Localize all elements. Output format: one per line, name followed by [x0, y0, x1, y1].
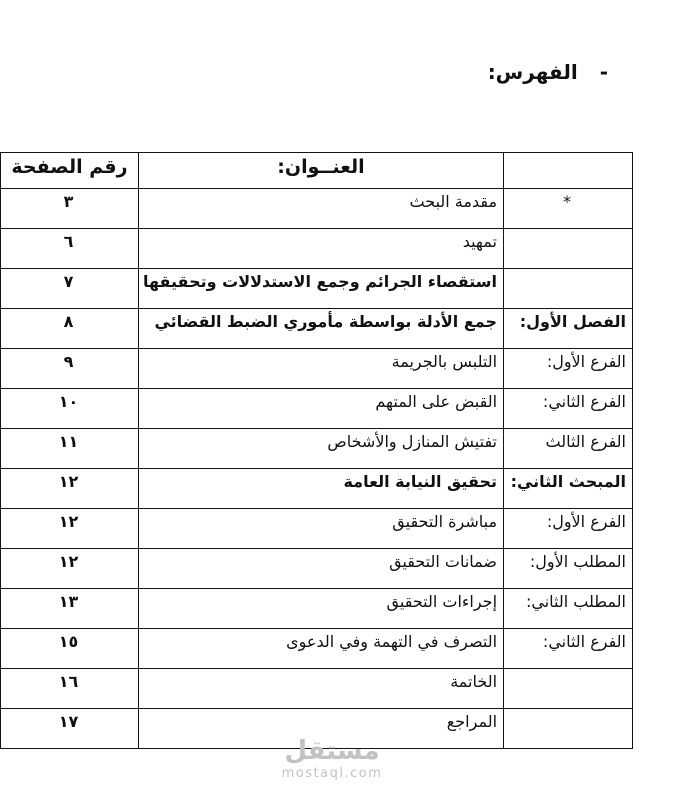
table-row: استقصاء الجرائم وجمع الاستدلالات وتحقيقه… [1, 269, 633, 309]
title-cell: القبض على المتهم [138, 389, 503, 429]
table-row: تمهيد ٦ [1, 229, 633, 269]
section-cell: الفصل الأول: [504, 309, 633, 349]
table-row: المطلب الأول: ضمانات التحقيق ١٢ [1, 549, 633, 589]
page-number-cell: ١١ [1, 429, 139, 469]
document-page: - الفهرس: العنــوان: رقم الصفحة * مقدمة … [0, 0, 682, 796]
table-row: المراجع ١٧ [1, 709, 633, 749]
page-number-cell: ١٢ [1, 509, 139, 549]
page-number-cell: ١٦ [1, 669, 139, 709]
title-cell: تفتيش المنازل والأشخاص [138, 429, 503, 469]
page-title: - الفهرس: [488, 60, 608, 84]
page-number-cell: ٩ [1, 349, 139, 389]
page-number-cell: ٣ [1, 189, 139, 229]
section-cell: * [504, 189, 633, 229]
table-header-row: العنــوان: رقم الصفحة [1, 153, 633, 189]
page-number-cell: ١٧ [1, 709, 139, 749]
mostaql-url: mostaql.com [262, 766, 402, 781]
table-row: الخاتمة ١٦ [1, 669, 633, 709]
toc-table: العنــوان: رقم الصفحة * مقدمة البحث ٣ تم… [0, 152, 633, 749]
page-number-cell: ١٢ [1, 469, 139, 509]
title-cell: المراجع [138, 709, 503, 749]
page-number-cell: ١٠ [1, 389, 139, 429]
title-cell: التلبس بالجريمة [138, 349, 503, 389]
heading-dash: - [600, 60, 608, 84]
heading-text: الفهرس: [488, 60, 578, 84]
section-cell: المطلب الأول: [504, 549, 633, 589]
section-cell: الفرع الأول: [504, 509, 633, 549]
section-cell: الفرع الثالث [504, 429, 633, 469]
section-cell [504, 269, 633, 309]
page-number-cell: ١٥ [1, 629, 139, 669]
page-number-cell: ٨ [1, 309, 139, 349]
title-cell: مباشرة التحقيق [138, 509, 503, 549]
table-row: الفرع الثاني: التصرف في التهمة وفي الدعو… [1, 629, 633, 669]
title-cell: إجراءات التحقيق [138, 589, 503, 629]
title-cell: الخاتمة [138, 669, 503, 709]
section-cell: المطلب الثاني: [504, 589, 633, 629]
table-row: المبحث الثاني: تحقيق النيابة العامة ١٢ [1, 469, 633, 509]
table-row: الفرع الثالث تفتيش المنازل والأشخاص ١١ [1, 429, 633, 469]
section-cell [504, 669, 633, 709]
page-number-cell: ١٣ [1, 589, 139, 629]
section-cell [504, 229, 633, 269]
page-number-cell: ٦ [1, 229, 139, 269]
table-row: الفصل الأول: جمع الأدلة بواسطة مأموري ال… [1, 309, 633, 349]
header-title: العنــوان: [138, 153, 503, 189]
table-row: المطلب الثاني: إجراءات التحقيق ١٣ [1, 589, 633, 629]
title-cell: التصرف في التهمة وفي الدعوى [138, 629, 503, 669]
title-cell: تحقيق النيابة العامة [138, 469, 503, 509]
page-number-cell: ١٢ [1, 549, 139, 589]
title-cell: استقصاء الجرائم وجمع الاستدلالات وتحقيقه… [138, 269, 503, 309]
title-cell: مقدمة البحث [138, 189, 503, 229]
title-cell: جمع الأدلة بواسطة مأموري الضبط القضائي [138, 309, 503, 349]
table-row: الفرع الأول: مباشرة التحقيق ١٢ [1, 509, 633, 549]
title-cell: ضمانات التحقيق [138, 549, 503, 589]
table-row: * مقدمة البحث ٣ [1, 189, 633, 229]
header-page-number: رقم الصفحة [1, 153, 139, 189]
section-cell: الفرع الثاني: [504, 389, 633, 429]
page-number-cell: ٧ [1, 269, 139, 309]
title-cell: تمهيد [138, 229, 503, 269]
header-section [504, 153, 633, 189]
section-cell: الفرع الأول: [504, 349, 633, 389]
section-cell: المبحث الثاني: [504, 469, 633, 509]
table-row: الفرع الأول: التلبس بالجريمة ٩ [1, 349, 633, 389]
section-cell [504, 709, 633, 749]
section-cell: الفرع الثاني: [504, 629, 633, 669]
table-row: الفرع الثاني: القبض على المتهم ١٠ [1, 389, 633, 429]
